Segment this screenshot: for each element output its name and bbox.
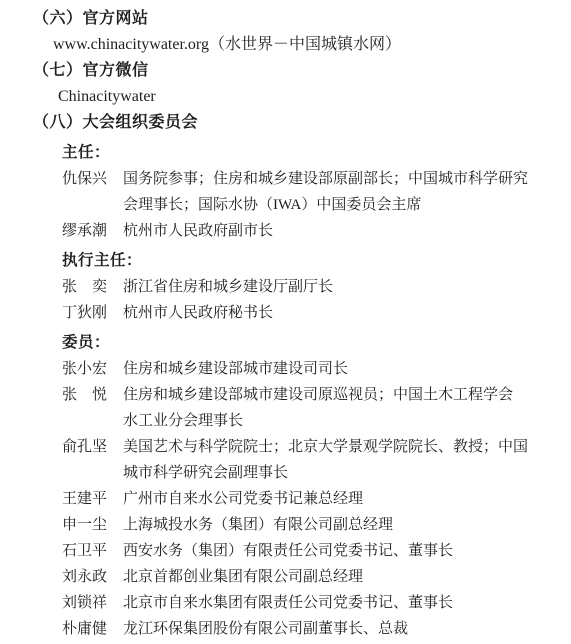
member-name: 张小宏 xyxy=(62,356,123,382)
wechat-account: Chinacitywater xyxy=(33,84,553,110)
member-title: 美国艺术与科学院院士；北京大学景观学院院长、教授；中国 城市科学研究会副理事长 xyxy=(123,434,553,486)
member-title: 住房和城乡建设部城市建设司原巡视员；中国土木工程学会 水工业分会理事长 xyxy=(123,382,553,434)
member-title: 浙江省住房和城乡建设厅副厅长 xyxy=(123,274,553,300)
member-name: 刘锁祥 xyxy=(62,590,123,616)
member-title: 杭州市人民政府秘书长 xyxy=(123,300,553,326)
member-row: 张 悦 住房和城乡建设部城市建设司原巡视员；中国土木工程学会 水工业分会理事长 xyxy=(62,382,553,434)
member-title: 国务院参事；住房和城乡建设部原副部长；中国城市科学研究 会理事长；国际水协（IW… xyxy=(123,166,553,218)
member-name: 朴庸健 xyxy=(62,616,123,642)
member-title: 住房和城乡建设部城市建设司司长 xyxy=(123,356,553,382)
member-row: 刘锁祥 北京市自来水集团有限责任公司党委书记、董事长 xyxy=(62,590,553,616)
member-name: 王建平 xyxy=(62,486,123,512)
member-name: 刘永政 xyxy=(62,564,123,590)
member-name: 张 悦 xyxy=(62,382,123,408)
member-name: 俞孔坚 xyxy=(62,434,123,460)
member-row: 张小宏 住房和城乡建设部城市建设司司长 xyxy=(62,356,553,382)
member-row: 申一尘 上海城投水务（集团）有限公司副总经理 xyxy=(62,512,553,538)
member-title: 北京首都创业集团有限公司副总经理 xyxy=(123,564,553,590)
member-name: 石卫平 xyxy=(62,538,123,564)
section-7-heading: （七）官方微信 xyxy=(33,58,553,84)
member-title: 杭州市人民政府副市长 xyxy=(123,218,553,244)
member-row: 仇保兴 国务院参事；住房和城乡建设部原副部长；中国城市科学研究 会理事长；国际水… xyxy=(62,166,553,218)
document-page: （六）官方网站 www.chinacitywater.org（水世界－中国城镇水… xyxy=(0,0,571,644)
member-name: 丁狄刚 xyxy=(62,300,123,326)
member-name: 缪承潮 xyxy=(62,218,123,244)
member-row: 俞孔坚 美国艺术与科学院院士；北京大学景观学院院长、教授；中国 城市科学研究会副… xyxy=(62,434,553,486)
member-title: 北京市自来水集团有限责任公司党委书记、董事长 xyxy=(123,590,553,616)
member-row: 张 奕 浙江省住房和城乡建设厅副厅长 xyxy=(62,274,553,300)
member-row: 丁狄刚 杭州市人民政府秘书长 xyxy=(62,300,553,326)
director-label: 主任： xyxy=(62,140,553,166)
member-row: 朴庸健 龙江环保集团股份有限公司副董事长、总裁 xyxy=(62,616,553,642)
member-row: 石卫平 西安水务（集团）有限责任公司党委书记、董事长 xyxy=(62,538,553,564)
members-label: 委员： xyxy=(62,330,553,356)
member-name: 申一尘 xyxy=(62,512,123,538)
member-row: 王建平 广州市自来水公司党委书记兼总经理 xyxy=(62,486,553,512)
member-row: 缪承潮 杭州市人民政府副市长 xyxy=(62,218,553,244)
member-title: 龙江环保集团股份有限公司副董事长、总裁 xyxy=(123,616,553,642)
member-row: 刘永政 北京首都创业集团有限公司副总经理 xyxy=(62,564,553,590)
website-url: www.chinacitywater.org（水世界－中国城镇水网） xyxy=(33,32,553,58)
section-6-heading: （六）官方网站 xyxy=(33,6,553,32)
member-name: 仇保兴 xyxy=(62,166,123,192)
member-title: 西安水务（集团）有限责任公司党委书记、董事长 xyxy=(123,538,553,564)
exec-director-label: 执行主任： xyxy=(62,248,553,274)
committee-list: 主任： 仇保兴 国务院参事；住房和城乡建设部原副部长；中国城市科学研究 会理事长… xyxy=(33,140,553,642)
member-title: 广州市自来水公司党委书记兼总经理 xyxy=(123,486,553,512)
section-8-heading: （八）大会组织委员会 xyxy=(33,110,553,136)
member-name: 张 奕 xyxy=(62,274,123,300)
member-title: 上海城投水务（集团）有限公司副总经理 xyxy=(123,512,553,538)
